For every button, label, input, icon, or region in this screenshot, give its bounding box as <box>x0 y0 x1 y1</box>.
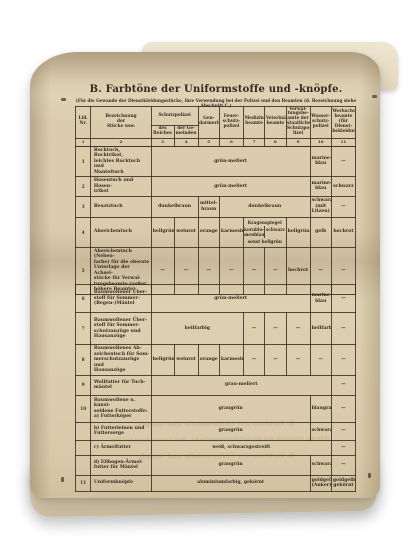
table-row: 3Besatztuchdunkelbraunmittel- braundunke… <box>76 196 356 217</box>
table-cell: karmesin <box>219 345 243 376</box>
col-header-bezeichnung: Bezeichnung der Stücke usw. <box>91 107 151 139</box>
col-header-wasserschutzpolizei: Wasser- schutz- polizei <box>310 107 331 139</box>
table-row: 8Baumwollenes Ab- zeichentuch für Som- m… <box>76 345 356 376</box>
item-name-cell: Wollfutter für Tuch- mäntel <box>91 375 151 395</box>
item-name-cell: Baumwollener Über- stoff für Sommer- sch… <box>91 313 151 345</box>
column-number-row: 1234567891011 <box>76 138 356 146</box>
page-corner-mark <box>61 477 64 482</box>
col-header-schutzpolizei: Schutzpolizei <box>151 107 198 126</box>
col-header-werkschutzbeamte: Werkschutz- beamte (für Dienst- bekleidu… <box>331 107 355 139</box>
table-cell: mittel- braun <box>198 196 219 217</box>
table-cell: marine- blau <box>310 177 331 197</box>
column-number-cell: 7 <box>243 138 264 146</box>
table-cell: marine- blau <box>310 285 331 313</box>
column-number-cell: 10 <box>310 138 331 146</box>
col-header-medizinalbeamte: Medizinal- beamte <box>243 107 264 139</box>
table-cell: — <box>265 345 286 376</box>
column-number-cell: 3 <box>151 138 174 146</box>
col-header-verwaltungsbeamte: Verwal- tungsbe- amte der staatlichen Sc… <box>286 107 310 139</box>
kragenspiegel-value: schwarz <box>264 226 285 238</box>
col-header-veterinaerbeamte: Veterinär- beamte <box>265 107 286 139</box>
table-cell: blaugrau <box>310 395 331 422</box>
col-header-der-gemeinden: der Ge- meinden <box>174 126 198 139</box>
table-cell: — <box>331 146 355 177</box>
item-name-cell: Baumwollene u. kunst- seidene Futterstof… <box>91 395 151 422</box>
column-number-cell: 4 <box>174 138 198 146</box>
table-cell: schwarz (mit Litzen) <box>310 196 331 217</box>
upper-table-area: Lfd. Nr. Bezeichnung der Stücke usw. Sch… <box>75 106 356 295</box>
col-header-gendarmerie: Gen- darmerie <box>198 107 219 139</box>
table-header: Lfd. Nr. Bezeichnung der Stücke usw. Sch… <box>76 107 356 147</box>
row-number-cell: 7 <box>76 313 91 345</box>
table-cell: hellfarbig <box>310 313 331 345</box>
table-cell: schwarz <box>331 177 355 197</box>
table-cell: hellfarbig <box>151 313 243 345</box>
table-row: 11Uniformknöpfealuminiumfarbig, gekörntg… <box>76 475 356 491</box>
col-header-feuerschutzpolizei: Feuer- schutz- polizei <box>219 107 243 139</box>
table-cell: gelb <box>310 217 331 247</box>
row-number-cell: 4 <box>76 217 91 247</box>
row-number-cell: 8 <box>76 345 91 376</box>
page-title: B. Farbtöne der Uniformstoffe und -knöpf… <box>75 84 357 95</box>
kragenspiegel-note: sonst hellgrün <box>244 238 286 245</box>
table-row: 4Abzeichentuchhellgrünweinrotorangekarme… <box>76 217 356 247</box>
item-name-cell: Uniformknöpfe <box>91 475 151 491</box>
table-cell: — <box>243 345 264 376</box>
row-number-cell: 3 <box>76 196 91 217</box>
table-cell: — <box>310 345 331 376</box>
table-cell: grün-meliert <box>151 285 310 313</box>
table-cell: — <box>331 345 355 376</box>
table-row: 7Baumwollener Über- stoff für Sommer- sc… <box>76 313 356 345</box>
table-cell: weinrot <box>174 217 198 247</box>
column-number-cell: 9 <box>286 138 310 146</box>
column-number-cell: 2 <box>91 138 151 146</box>
item-name-cell: Abzeichentuch <box>91 217 151 247</box>
table-cell: — <box>331 313 355 345</box>
column-number-cell: 11 <box>331 138 355 146</box>
row-number-cell: 2 <box>76 177 91 197</box>
table-cell: grau-meliert <box>151 375 331 395</box>
kragenspiegel-values: kornblu- menblauschwarz <box>244 226 286 238</box>
table-cell: orange <box>198 217 219 247</box>
bleed-through-text: B. Farbtöne der Uniformstoffe und -knöpf… <box>95 419 335 429</box>
page-corner-mark <box>372 95 377 98</box>
row-number-cell <box>76 422 91 440</box>
table-cell: karmesin <box>219 217 243 247</box>
table-cell: grün-meliert <box>151 177 310 197</box>
table-cell: weinrot <box>174 345 198 376</box>
uniform-color-table-upper: Lfd. Nr. Bezeichnung der Stücke usw. Sch… <box>75 106 356 295</box>
table-cell: — <box>331 375 355 395</box>
kragenspiegel-detail: Kragenspiegelkornblu- menblauschwarzsons… <box>244 219 286 245</box>
table-cell: grün-meliert <box>151 146 310 177</box>
table-body: 1Rocktuch, Rocktrikot, leichtes Rocktuch… <box>76 146 356 294</box>
table-cell: hellgrün <box>151 345 174 376</box>
page-corner-mark <box>368 473 371 478</box>
header-row: Lfd. Nr. Bezeichnung der Stücke usw. Sch… <box>76 107 356 126</box>
column-number-cell: 5 <box>198 138 219 146</box>
kragenspiegel-title: Kragenspiegel <box>244 219 286 226</box>
table-cell: — <box>331 285 355 313</box>
table-row: 2Hosentuch und Hosen- trikotgrün-meliert… <box>76 177 356 197</box>
table-cell: dunkelbraun <box>219 196 310 217</box>
col-header-des-reiches: des Reiches <box>151 126 174 139</box>
row-number-cell: 10 <box>76 395 91 422</box>
table-cell: — <box>331 395 355 422</box>
table-cell: — <box>286 345 310 376</box>
table-row: 10Baumwollene u. kunst- seidene Futterst… <box>76 395 356 422</box>
table-cell: hellgrün <box>286 217 310 247</box>
row-number-cell <box>76 440 91 455</box>
table-row: 6Baumwollener Über- stoff für Sommer- (R… <box>76 285 356 313</box>
table-row: 1Rocktuch, Rocktrikot, leichtes Rocktuch… <box>76 146 356 177</box>
row-number-cell: 9 <box>76 375 91 395</box>
table-cell: — <box>265 313 286 345</box>
table-cell: orange <box>198 345 219 376</box>
item-name-cell: Rocktuch, Rocktrikot, leichtes Rocktuch … <box>91 146 151 177</box>
item-name-cell: Baumwollener Über- stoff für Sommer- (Re… <box>91 285 151 313</box>
item-name-cell: Hosentuch und Hosen- trikot <box>91 177 151 197</box>
kragenspiegel-value: kornblu- menblau <box>244 226 264 238</box>
column-number-cell: 8 <box>265 138 286 146</box>
page-content: B. Farbtöne der Uniformstoffe und -knöpf… <box>0 0 416 555</box>
table-cell: hochrot <box>331 217 355 247</box>
column-number-cell: 6 <box>219 138 243 146</box>
column-number-cell: 1 <box>76 138 91 146</box>
table-cell: goldgelb, gekörnt <box>331 475 355 491</box>
photo-canvas: B. Farbtöne der Uniformstoffe und -knöpf… <box>0 0 416 555</box>
table-row: 9Wollfutter für Tuch- mäntelgrau-meliert… <box>76 375 356 395</box>
item-name-cell: Baumwollenes Ab- zeichentuch für Som- me… <box>91 345 151 376</box>
table-cell: hellgrün <box>151 217 174 247</box>
table-cell: goldgelb (Anker) <box>310 475 331 491</box>
table-cell: graugrün <box>151 395 310 422</box>
table-cell: aluminiumfarbig, gekörnt <box>151 475 310 491</box>
col-header-lfd-nr: Lfd. Nr. <box>76 107 91 139</box>
item-name-cell: Besatztuch <box>91 196 151 217</box>
page-corner-mark <box>61 98 66 101</box>
table-cell: — <box>286 313 310 345</box>
row-number-cell: 1 <box>76 146 91 177</box>
table-cell: dunkelbraun <box>151 196 198 217</box>
table-cell: — <box>331 196 355 217</box>
row-number-cell <box>76 455 91 475</box>
table-cell: — <box>243 313 264 345</box>
row-number-cell: 11 <box>76 475 91 491</box>
row-number-cell: 6 <box>76 285 91 313</box>
kragenspiegel-cell: Kragenspiegelkornblu- menblauschwarzsons… <box>243 217 286 247</box>
table-cell: marine- blau <box>310 146 331 177</box>
